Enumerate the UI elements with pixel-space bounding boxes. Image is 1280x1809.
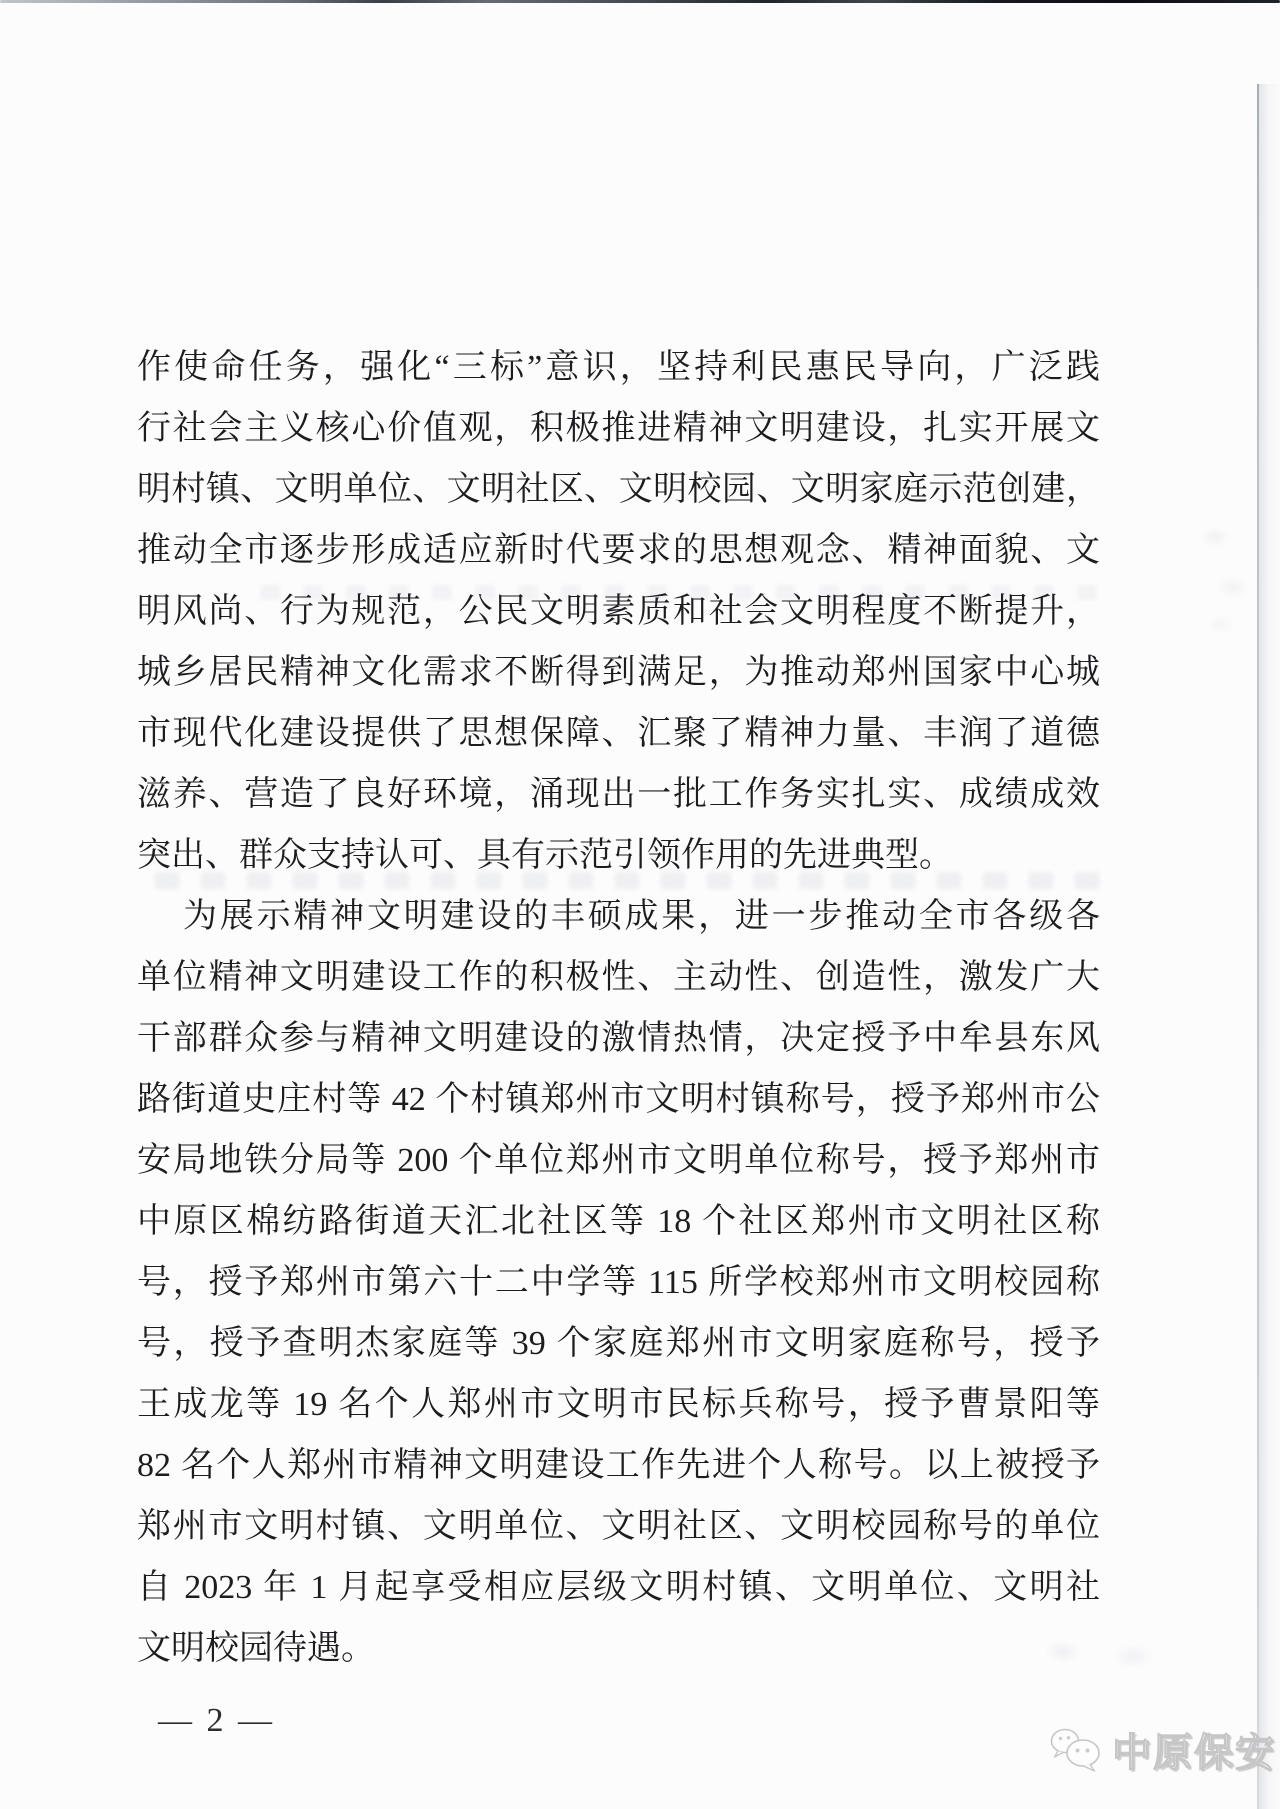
text-line: 城乡居民精神文化需求不断得到满足，为推动郑州国家中心城 [137,642,1100,703]
document-body-text: 作使命任务，强化“三标”意识，坚持利民惠民导向，广泛践 行社会主义核心价值观，积… [137,337,1100,1679]
text-line: 安局地铁分局等 200 个单位郑州市文明单位称号，授予郑州市 [137,1130,1100,1191]
text-line: 突出、群众支持认可、具有示范引领作用的先进典型。 [137,825,1100,886]
scanned-document-page: { "document": { "lines": [ "作使命任务，强化“三标”… [0,0,1280,1809]
text-line: 王成龙等 19 名个人郑州市文明市民标兵称号，授予曹景阳等 [137,1374,1100,1435]
text-line: 号，授予查明杰家庭等 39 个家庭郑州市文明家庭称号，授予 [137,1313,1100,1374]
text-line: 滋养、营造了良好环境，涌现出一批工作务实扎实、成绩成效 [137,764,1100,825]
watermark-label: 中原保安 [1112,1722,1276,1778]
text-line: 推动全市逐步形成适应新时代要求的思想观念、精神面貌、文 [137,520,1100,581]
text-line: 明村镇、文明单位、文明社区、文明校园、文明家庭示范创建， [137,459,1100,520]
text-line: 行社会主义核心价值观，积极推进精神文明建设，扎实开展文 [137,398,1100,459]
scan-bleedthrough-smudge [1198,512,1256,637]
text-line: 文明校园待遇。 [137,1618,1100,1679]
text-line: 明风尚、行为规范，公民文明素质和社会文明程度不断提升， [137,581,1100,642]
text-line: 82 名个人郑州市精神文明建设工作先进个人称号。以上被授予 [137,1435,1100,1496]
scan-edge-shadow [1259,84,1280,1809]
text-line: 路街道史庄村等 42 个村镇郑州市文明村镇称号，授予郑州市公 [137,1069,1100,1130]
text-line: 为展示精神文明建设的丰硕成果，进一步推动全市各级各 [137,886,1100,947]
text-line: 作使命任务，强化“三标”意识，坚持利民惠民导向，广泛践 [137,337,1100,398]
wechat-icon [1048,1724,1106,1776]
text-line: 中原区棉纺路街道天汇北社区等 18 个社区郑州市文明社区称 [137,1191,1100,1252]
text-line: 单位精神文明建设工作的积极性、主动性、创造性，激发广大 [137,947,1100,1008]
scan-top-edge-line [0,0,1280,3]
text-line: 郑州市文明村镇、文明单位、文明社区、文明校园称号的单位 [137,1496,1100,1557]
watermark: 中原保安 [1048,1722,1260,1778]
text-line: 自 2023 年 1 月起享受相应层级文明村镇、文明单位、文明社区、 [137,1557,1100,1618]
page-number: — 2 — [158,1702,275,1740]
text-line: 市现代化建设提供了思想保障、汇聚了精神力量、丰润了道德 [137,703,1100,764]
text-line: 干部群众参与精神文明建设的激情热情，决定授予中牟县东风 [137,1008,1100,1069]
text-line: 号，授予郑州市第六十二中学等 115 所学校郑州市文明校园称 [137,1252,1100,1313]
